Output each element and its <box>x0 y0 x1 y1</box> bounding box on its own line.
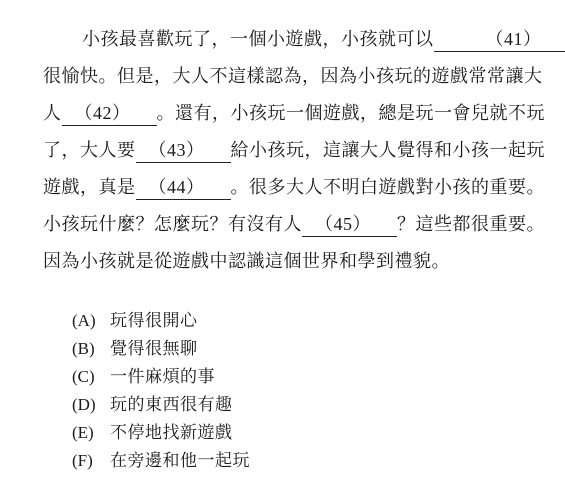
passage-line: 人（42）。還有，小孩玩一個遊戲，總是玩一會兒就不玩 <box>43 95 535 132</box>
option-text: 不停地找新遊戲 <box>110 423 233 442</box>
option-row-a: (A)玩得很開心 <box>72 307 535 335</box>
option-label: (E) <box>72 419 110 447</box>
passage-line: 很愉快。但是，大人不這樣認為，因為小孩玩的遊戲常常讓大 <box>43 58 535 95</box>
option-text: 在旁邊和他一起玩 <box>110 451 250 470</box>
option-row-f: (F)在旁邊和他一起玩 <box>72 447 535 475</box>
option-row-c: (C)一件麻煩的事 <box>72 363 535 391</box>
blank-45: （45） <box>302 212 397 237</box>
option-row-b: (B)覺得很無聊 <box>72 335 535 363</box>
passage-text: 給小孩玩，這讓大人覺得和小孩一起玩 <box>231 140 546 160</box>
passage-text: 因為小孩就是從遊戲中認識這個世界和學到禮貌。 <box>43 251 450 271</box>
blank-42: （42） <box>62 101 157 126</box>
blank-43: （43） <box>136 138 231 163</box>
passage-text: 。還有，小孩玩一個遊戲，總是玩一會兒就不玩 <box>157 103 546 123</box>
option-label: (A) <box>72 307 110 335</box>
passage-text: ？這些都很重要。 <box>397 214 545 234</box>
cloze-passage: 小孩最喜歡玩了，一個小遊戲，小孩就可以（41）、 很愉快。但是，大人不這樣認為，… <box>43 21 535 280</box>
option-text: 覺得很無聊 <box>110 339 198 358</box>
option-text: 玩的東西很有趣 <box>110 395 233 414</box>
option-label: (D) <box>72 391 110 419</box>
answer-options-list: (A)玩得很開心 (B)覺得很無聊 (C)一件麻煩的事 (D)玩的東西很有趣 (… <box>72 307 535 475</box>
blank-44: （44） <box>136 175 231 200</box>
option-label: (F) <box>72 447 110 475</box>
passage-text: 小孩玩什麼？怎麼玩？有沒有人 <box>43 214 302 234</box>
option-row-d: (D)玩的東西很有趣 <box>72 391 535 419</box>
passage-text: 人 <box>43 103 62 123</box>
passage-text: 遊戲，真是 <box>43 177 136 197</box>
passage-text: 很愉快。但是，大人不這樣認為，因為小孩玩的遊戲常常讓大 <box>43 66 543 86</box>
document-page: 小孩最喜歡玩了，一個小遊戲，小孩就可以（41）、 很愉快。但是，大人不這樣認為，… <box>0 0 565 503</box>
passage-line: 小孩最喜歡玩了，一個小遊戲，小孩就可以（41）、 <box>43 21 535 58</box>
passage-line: 小孩玩什麼？怎麼玩？有沒有人（45）？這些都很重要。 <box>43 206 535 243</box>
passage-line: 遊戲，真是（44）。很多大人不明白遊戲對小孩的重要。 <box>43 169 535 206</box>
passage-text: 了，大人要 <box>43 140 136 160</box>
option-text: 一件麻煩的事 <box>110 367 215 386</box>
blank-41: （41） <box>434 27 565 52</box>
passage-text: 小孩最喜歡玩了，一個小遊戲，小孩就可以 <box>82 29 434 49</box>
passage-line: 因為小孩就是從遊戲中認識這個世界和學到禮貌。 <box>43 243 535 280</box>
option-label: (B) <box>72 335 110 363</box>
option-text: 玩得很開心 <box>110 311 198 330</box>
option-row-e: (E)不停地找新遊戲 <box>72 419 535 447</box>
passage-text: 。很多大人不明白遊戲對小孩的重要。 <box>231 177 546 197</box>
option-label: (C) <box>72 363 110 391</box>
passage-line: 了，大人要（43）給小孩玩，這讓大人覺得和小孩一起玩 <box>43 132 535 169</box>
